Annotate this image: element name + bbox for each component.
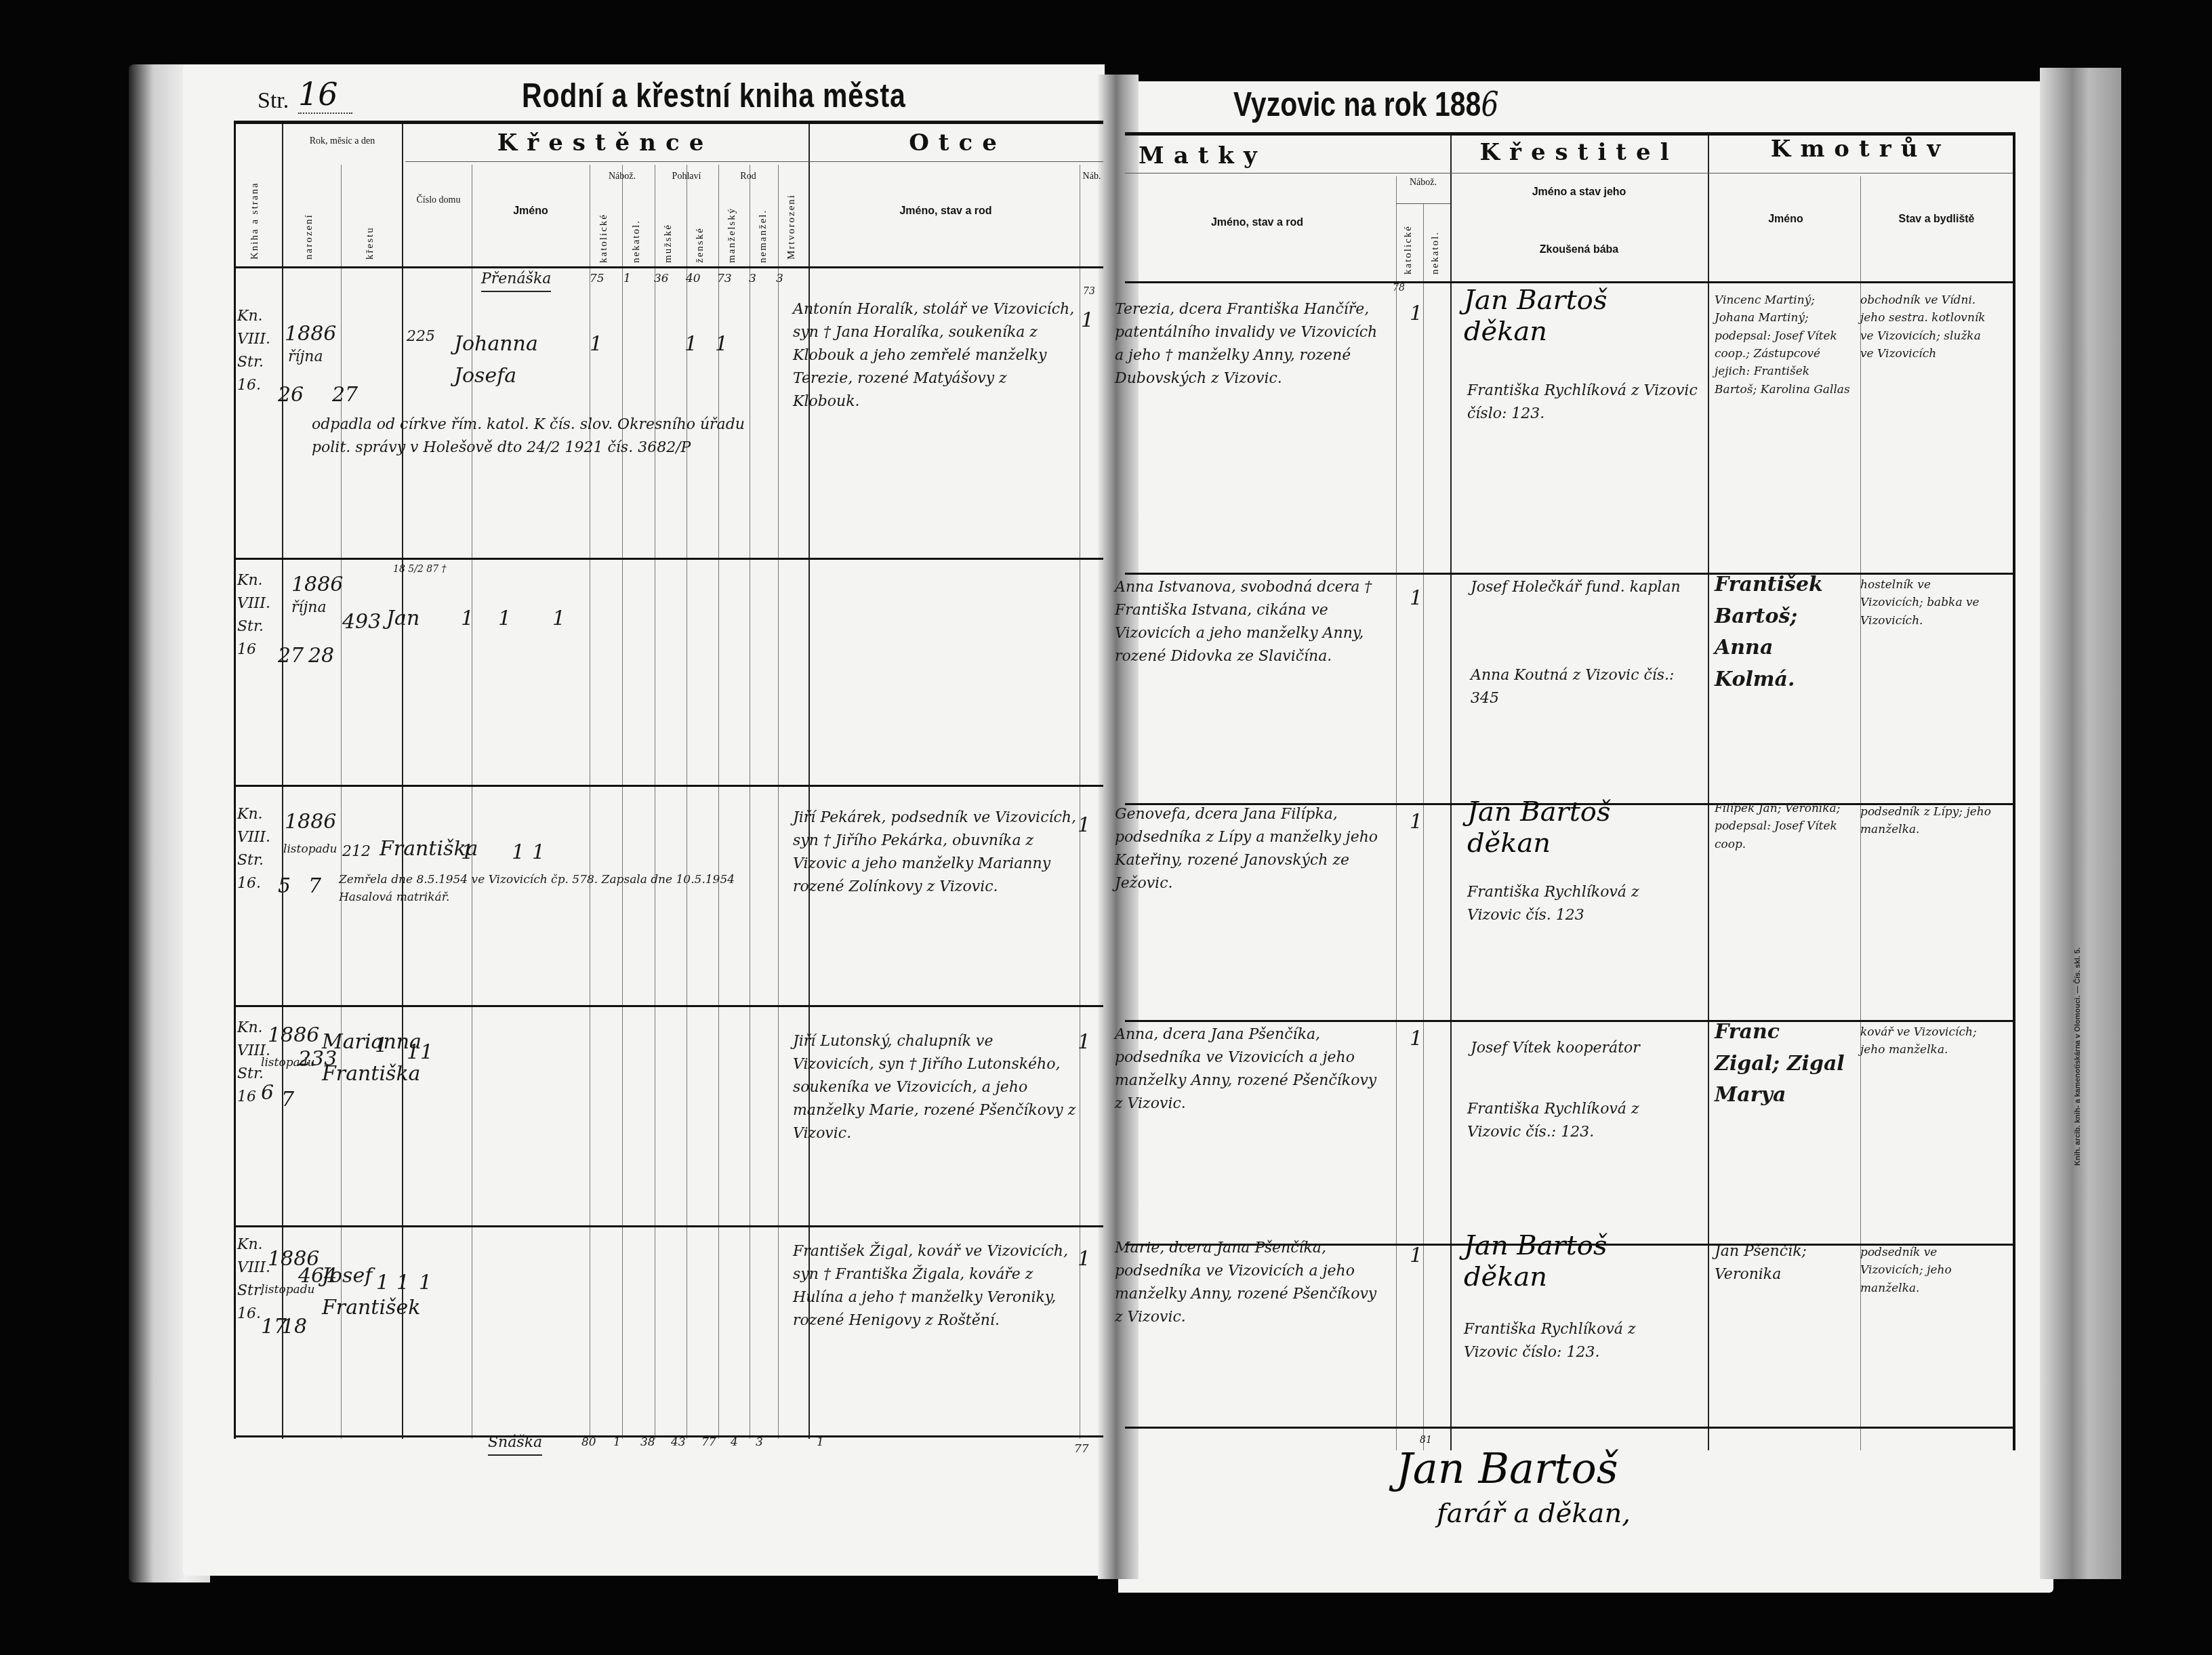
entry-child-name: Jan <box>386 603 419 635</box>
mark-nemanzel: 1 <box>552 603 565 635</box>
entry-year: 1886 <box>285 806 336 838</box>
entry-father: Jiří Pekárek, podsedník ve Vizovicích, s… <box>793 806 1078 899</box>
header-nekatol: nekatol. <box>631 199 642 263</box>
entry-baptizer: Josef Holečkář fund. kaplan <box>1471 576 1687 599</box>
header-katolicke: katolické <box>598 199 610 263</box>
entry-godparents: Jan Pšenčík; Veronika <box>1715 1240 1850 1286</box>
header-rod: Rod <box>718 171 778 182</box>
entry-godparents: Vincenc Martiný; Johana Martiný; podepsa… <box>1715 291 1850 399</box>
totals-kat: 80 <box>581 1433 596 1451</box>
totals-nekat: 1 <box>613 1433 621 1451</box>
mark-zenske: 1 <box>684 329 697 361</box>
mark-katolicke: 1 <box>461 837 474 869</box>
totals-father-kat: 77 <box>1074 1440 1089 1458</box>
totals-illegit: 4 <box>731 1433 738 1451</box>
page-number: 16 <box>298 76 352 114</box>
header-krestitel: Křestitel <box>1454 139 1704 166</box>
header-muzske: mužské <box>663 199 674 263</box>
entry-house-number: 225 <box>407 325 435 348</box>
header-otce-naboz: Náb. <box>1082 171 1102 182</box>
entry-month: října <box>291 596 327 619</box>
header-nemanzel: nemanžel. <box>758 199 769 263</box>
totals-label: Snáška <box>488 1431 542 1456</box>
mark-muzske: 1 <box>396 1267 409 1299</box>
entry-book-ref: Kn. VIII. Str. 16. <box>237 803 278 895</box>
mark-manzelsky: 1 <box>420 1037 433 1069</box>
carry-over-label: Přenáška <box>481 268 551 292</box>
entry-baptizer: Jan Bartoš děkan <box>1467 796 1684 859</box>
header-krestitel-sub1: Jméno a stav jeho <box>1454 186 1704 199</box>
mark-katolicke: 1 <box>376 1267 389 1299</box>
entry-father: František Žigal, kovář ve Vizovicích, sy… <box>793 1240 1078 1332</box>
entry-baptizer: Jan Bartoš děkan <box>1464 1230 1681 1292</box>
entry-month: listopadu <box>283 840 337 858</box>
entry-baptizer: Josef Vítek kooperátor <box>1471 1037 1687 1060</box>
carry-over-nekat: 1 <box>623 270 631 287</box>
totals-female: 43 <box>671 1433 686 1451</box>
entry-baptism-day: 28 <box>308 640 334 672</box>
priest-signature-title: farář a děkan, <box>1437 1498 1631 1529</box>
mark-manzelsky: 1 <box>419 1267 432 1299</box>
header-kmotruv: Kmotrův <box>1711 136 2009 163</box>
header-jmeno: Jméno <box>473 205 588 218</box>
entry-mother-kat: 1 <box>1410 583 1422 615</box>
entry-godparents-status: kovář ve Vizovicích; jeho manželka. <box>1860 1023 1996 1059</box>
entry-baptizer: Jan Bartoš děkan <box>1464 285 1681 347</box>
header-mrtvorozeni: Mrtvorozeni <box>786 171 798 260</box>
entry-birth-day: 27 <box>278 640 304 672</box>
mark-katolicke: 1 <box>375 1030 388 1062</box>
mark-muzske: 1 <box>498 603 511 635</box>
carry-over-male: 36 <box>654 270 669 287</box>
entry-baptism-day: 7 <box>308 871 321 903</box>
header-matky-nekatol: nekatol. <box>1430 210 1441 274</box>
entry-father-kat: 1 <box>1078 810 1090 842</box>
register-title-left: Rodní a křestní kniha města <box>522 76 906 115</box>
entry-midwife: Františka Rychlíková z Vizovic číslo: 12… <box>1464 1318 1681 1364</box>
entry-godparents-status: podsedník ve Vizovicích; jeho manželka. <box>1860 1244 1996 1297</box>
entry-mother: Genovefa, dcera Jana Filípka, podsedníka… <box>1115 803 1386 895</box>
entry-godparents-status: hostelník ve Vizovicích; babka ve Vizovi… <box>1860 576 1996 630</box>
entry-death-note: 18 5/2 87 † <box>393 563 447 577</box>
header-krestitel-sub2: Zkoušená bába <box>1454 244 1704 256</box>
totals-father-nekat: 1 <box>817 1433 824 1451</box>
carry-over-father-kat: 73 <box>1083 285 1095 300</box>
register-title-right: Vyzovic na rok 1886 <box>1233 85 1498 124</box>
printer-note: Knih. arcib. knih- a kamenotiskárna v Ol… <box>2074 947 2082 1166</box>
entry-birth-day: 5 <box>278 871 291 903</box>
entry-mother-kat: 1 <box>1410 298 1422 330</box>
entry-midwife: Františka Rychlíková z Vizovic čís. 123 <box>1467 881 1684 927</box>
entry-mother: Marie, dcera Jana Pšenčíka, podsedníka v… <box>1115 1237 1386 1329</box>
header-matky-katolicke: katolické <box>1403 210 1414 274</box>
header-otce: Otce <box>812 129 1103 157</box>
header-pohlavi: Pohlaví <box>655 171 718 182</box>
entry-baptism-day: 7 <box>281 1084 294 1116</box>
mark-manzelsky: 1 <box>715 329 728 361</box>
carry-over-illegit: 3 <box>749 270 756 287</box>
entry-father-kat: 1 <box>1078 1244 1090 1275</box>
title-year-handwritten: 6 <box>1481 85 1498 124</box>
entry-book-ref: Kn. VIII. Str. 16. <box>237 305 278 397</box>
header-cislo-domu: Číslo domu <box>405 195 472 206</box>
header-naboz: Nábož. <box>590 171 655 182</box>
entry-baptism-day: 18 <box>281 1311 307 1343</box>
totals-stillborn: 3 <box>756 1433 763 1451</box>
mark-manzelsky: 1 <box>532 837 545 869</box>
header-narozeni: narození <box>304 185 315 260</box>
page-number-label: Str. <box>258 88 289 114</box>
entry-godparents-status: obchodník ve Vídni. jeho sestra. kotlovn… <box>1860 291 1996 363</box>
entry-father: Jiří Lutonský, chalupník ve Vizovicích, … <box>793 1030 1078 1145</box>
entry-house-number: 212 <box>342 840 371 863</box>
entry-child-name: Marianna Františka <box>322 1027 410 1090</box>
carry-over-legit: 73 <box>717 270 732 287</box>
entry-midwife: Františka Rychlíková z Vizovic čís.: 123… <box>1467 1098 1684 1144</box>
header-manzelsky: manželský <box>726 199 738 263</box>
header-rok-mesic-den: Rok, měsíc a den <box>285 136 400 147</box>
title-right-text: Vyzovic na rok 188 <box>1233 85 1481 123</box>
entry-father-kat: 1 <box>1078 1027 1090 1059</box>
header-kniha-a-strana: Kniha a strana <box>249 151 261 260</box>
carry-over-stillborn: 3 <box>776 270 783 287</box>
entry-mother: Anna, dcera Jana Pšenčíka, podsedníka ve… <box>1115 1023 1386 1116</box>
entry-month: října <box>288 346 323 369</box>
entry-godparents: Franc Zigal; Zigal Marya <box>1715 1017 1850 1111</box>
entry-mother: Terezia, dcera Františka Hančíře, patent… <box>1115 298 1386 390</box>
header-matky-naboz: Nábož. <box>1396 178 1450 188</box>
header-otce-sub: Jméno, stav a rod <box>812 205 1080 218</box>
entry-birth-day: 6 <box>261 1078 274 1109</box>
entry-godparents: František Bartoš; Anna Kolmá. <box>1715 569 1850 695</box>
header-kmotruv-stav: Stav a bydliště <box>1864 213 2009 226</box>
entry-mother-kat: 1 <box>1410 1240 1422 1272</box>
entry-child-name: Johanna Josefa <box>454 329 569 392</box>
page-stack-edge <box>2040 68 2121 1579</box>
entry-midwife: Anna Koutná z Vizovic čís.: 345 <box>1471 664 1687 710</box>
header-krestu: křestu <box>365 199 376 260</box>
carry-over-kat: 75 <box>590 270 605 287</box>
entry-annotation: Zemřela dne 8.5.1954 ve Vizovicích čp. 5… <box>339 871 773 907</box>
entry-baptism-day: 27 <box>332 380 358 411</box>
totals-legit: 77 <box>701 1433 716 1451</box>
carry-over-female: 40 <box>686 270 701 287</box>
header-krestence: Křestěnce <box>405 129 805 157</box>
header-zenske: ženské <box>695 199 706 263</box>
mark-zenske: 1 <box>407 1037 419 1069</box>
entry-book-ref: Kn. VIII. Str. 16 <box>237 569 278 661</box>
entry-godparents-status: podsedník z Lípy; jeho manželka. <box>1860 803 1996 839</box>
mark-katolicke: 1 <box>590 329 602 361</box>
entry-father: Antonín Horalík, stolář ve Vizovicích, s… <box>793 298 1078 413</box>
mark-katolicke: 1 <box>461 603 474 635</box>
entry-mother: Anna Istvanova, svobodná dcera † Františ… <box>1115 576 1386 668</box>
entry-birth-day: 26 <box>278 380 304 411</box>
entry-mother-kat: 1 <box>1410 806 1422 838</box>
entry-annotation: odpadla od církve řím. katol. K čís. slo… <box>312 413 786 459</box>
entry-house-number: 493 <box>342 607 381 638</box>
entry-midwife: Františka Rychlíková z Vizovic číslo: 12… <box>1467 380 1698 426</box>
header-kmotruv-jmeno: Jméno <box>1711 213 1860 226</box>
entry-mother-kat: 1 <box>1410 1023 1422 1055</box>
totals-male: 38 <box>640 1433 655 1451</box>
entry-father-kat: 1 <box>1081 305 1094 337</box>
header-matky-sub: Jméno, stav a rod <box>1139 217 1376 229</box>
priest-signature-name: Jan Bartoš <box>1396 1444 1618 1493</box>
header-matky: Matky <box>1139 142 1396 169</box>
mark-zenske: 1 <box>512 837 525 869</box>
entry-godparents: Filípek Jan; Veronika; podepsal: Josef V… <box>1715 800 1850 853</box>
